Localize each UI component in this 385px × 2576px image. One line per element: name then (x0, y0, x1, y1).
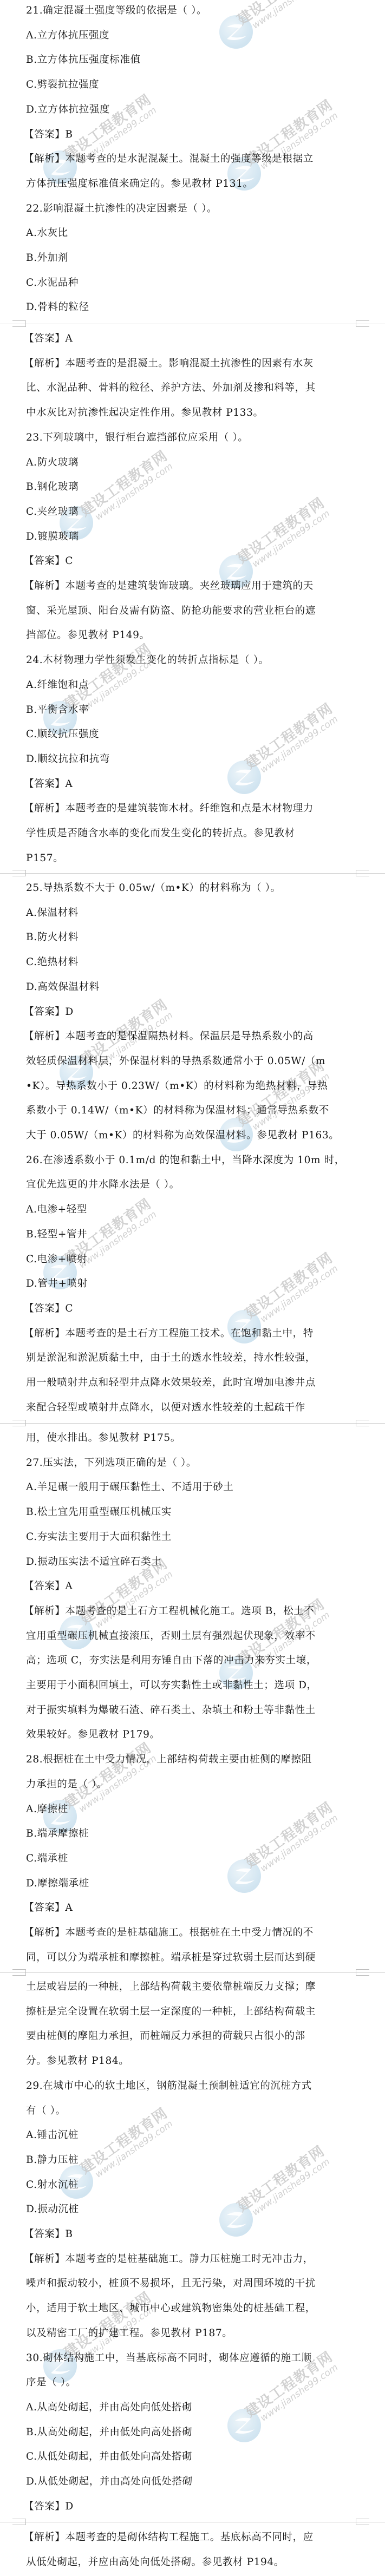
question-stem: 25.导热系数不大于 0.05w/（m•K）的材料称为（ ）。 (26, 880, 367, 896)
analysis-text: 【解析】本题考查的是土石方工程施工技术。在饱和黏土中，特 (24, 1326, 365, 1342)
answer-key: 【答案】A (24, 331, 365, 347)
answer-option: D.高效保温材料 (26, 979, 367, 995)
answer-option: A.电渗+轻型 (26, 1202, 367, 1218)
analysis-text-continuation: 系数小于 0.14W/（m•K）的材料称为保温材料；通常导热系数不 (26, 1103, 367, 1119)
page-margin-mark-right-icon (356, 870, 369, 876)
document-canvas: 建设工程教育网 www.jianshe99.com 建设工程教育网 www.ji… (0, 0, 385, 2576)
analysis-text-continuation: 比、水泥品种、骨料的粒径、养护方法、外加剂及掺和料等，其 (26, 380, 367, 396)
answer-option: D.振动沉桩 (26, 2201, 367, 2218)
answer-key: 【答案】C (24, 553, 365, 569)
analysis-text-continuation: 中水灰比对抗渗性起决定性作用。参见教材 P133。 (26, 405, 367, 421)
answer-option: D.从低处砌起，并由高处向低处搭砌 (26, 2474, 367, 2490)
answer-option: C.夹丝玻璃 (26, 504, 367, 520)
analysis-text-continuation: 同，可以分为端承桩和摩擦桩。端承桩是穿过软弱土层而达到硬 (26, 1950, 367, 1966)
analysis-text-continuation: 土层或岩层的一种桩，上部结构荷载主要依靠桩端反力支撑；摩 (26, 1979, 367, 1995)
analysis-text-continuation: 擦桩是完全设置在软弱土层一定深度的一种桩，上部结构荷载主 (26, 2004, 367, 2020)
analysis-text-continuation: 分。参见教材 P184。 (26, 2053, 367, 2069)
question-stem: 28.根据桩在土中受力情况，上部结构荷载主要由桩侧的摩擦阻 (26, 1752, 367, 1768)
answer-key: 【答案】B (24, 127, 365, 143)
analysis-text-continuation: 宜用重型碾压机械直接滚压，否则土层有强烈起伏现象，效率不 (26, 1628, 367, 1644)
answer-key: 【答案】B (24, 2226, 365, 2243)
question-stem-continuation: 序是（ ）。 (26, 2375, 367, 2391)
page-margin-mark-right-icon (356, 1420, 369, 1426)
analysis-text-continuation: 别是淤泥和淤泥质黏土中，由于土的透水性较差，持水性较强， (26, 1350, 367, 1366)
answer-option: D.立方体抗拉强度 (26, 102, 367, 118)
page-margin-mark-left-icon (12, 870, 26, 876)
page-margin-mark-left-icon (12, 320, 26, 327)
answer-option: B.防火材料 (26, 929, 367, 946)
answer-option: C.劈裂抗拉强度 (26, 77, 367, 93)
watermark-site-url: www.jianshe99.com (94, 1569, 176, 1630)
analysis-text-continuation: 噪声和振动较小，桩顶不易损坏，且无污染，对周围环境的干扰 (26, 2276, 367, 2292)
page-break-line (0, 324, 385, 324)
question-stem: 30.砌体结构施工中，当基底标高不同时，砌体应遵循的施工顺 (26, 2350, 367, 2367)
analysis-text-continuation: 用，使水排出。参见教材 P175。 (26, 1430, 367, 1446)
answer-option: A.从高处砌起，并由高处向低处搭砌 (26, 2400, 367, 2416)
analysis-text: 【解析】本题考查的是保温隔热材料。保温层是导热系数小的高 (24, 1028, 365, 1045)
page-break-line (0, 1972, 385, 1973)
analysis-text-continuation: 用一般喷射井点和轻型井点降水效果较差，此时宜增加电渗井点 (26, 1375, 367, 1391)
answer-option: A.锤击沉桩 (26, 2127, 367, 2144)
answer-key: 【答案】C (24, 1301, 365, 1317)
analysis-text: 【解析】本题考查的是桩基础施工。静力压桩施工时无冲击力， (24, 2251, 365, 2267)
answer-key: 【答案】A (24, 1900, 365, 1916)
page-break-line (0, 2522, 385, 2522)
page-margin-mark-right-icon (356, 1969, 369, 1976)
page-margin-mark-left-icon (12, 2519, 26, 2525)
analysis-text-continuation: 窗、采光屋顶、阳台及需有防盗、防抢功能要求的营业柜台的遮 (26, 603, 367, 619)
answer-option: A.水灰比 (26, 225, 367, 241)
page-margin-mark-left-icon (12, 1969, 26, 1976)
analysis-text-continuation: 小，适用于软土地区、城市中心或建筑物密集处的桩基础工程， (26, 2300, 367, 2317)
answer-option: C.射水沉桩 (26, 2177, 367, 2193)
question-stem-continuation: 有（ ）。 (26, 2103, 367, 2119)
answer-option: C.电渗+喷射 (26, 1251, 367, 1268)
page-margin-mark-right-icon (356, 320, 369, 327)
analysis-text-continuation: P157。 (26, 850, 367, 867)
answer-option: B.松土宜先用重型碾压机械压实 (26, 1504, 367, 1520)
answer-option: B.外加剂 (26, 250, 367, 266)
analysis-text-continuation: 高；选项 C，夯实法是利用夯锤自由下落的冲击力来夯实土壤， (26, 1653, 367, 1669)
answer-option: D.镀膜玻璃 (26, 529, 367, 545)
question-stem: 29.在城市中心的软土地区，钢筋混凝土预制桩适宜的沉桩方式 (26, 2078, 367, 2094)
answer-option: A.防火玻璃 (26, 455, 367, 471)
answer-option: C.端承桩 (26, 1851, 367, 1867)
question-stem: 26.在渗透系数小于 0.1m/d 的饱和黏土中，当降水深度为 10m 时， (26, 1152, 367, 1169)
analysis-text: 【解析】本题考查的是建筑装饰玻璃。夹丝玻璃应用于建筑的天 (24, 578, 365, 594)
answer-option: B.端承摩擦桩 (26, 1826, 367, 1842)
answer-option: A.羊足碾一般用于碾压黏性土、不适用于砂土 (26, 1479, 367, 1496)
analysis-text-continuation: 效轻质保温材料层，外保温材料的导热系数通常小于 0.05W/（m (26, 1053, 367, 1070)
question-stem: 27.压实法，下列选项正确的是（ ）。 (26, 1455, 367, 1471)
analysis-text: 【解析】本题考查的是桩基础施工。根据桩在土中受力情况的不 (24, 1925, 365, 1941)
answer-option: B.钢化玻璃 (26, 479, 367, 495)
page-margin-mark-right-icon (356, 2519, 369, 2525)
analysis-text-continuation: 学性质是否随含水率的变化而发生变化的转折点。参见教材 (26, 825, 367, 842)
analysis-text: 【解析】本题考查的是砌体结构工程施工。基底标高不同时，应 (24, 2529, 365, 2546)
question-stem-continuation: 力承担的是（ ）。 (26, 1777, 367, 1793)
page-break-line (0, 873, 385, 874)
question-stem: 22.影响混凝土抗渗性的决定因素是（ ）。 (26, 201, 367, 217)
analysis-text: 【解析】本题考查的是混凝土。影响混凝土抗渗性的因素有水灰 (24, 356, 365, 372)
answer-option: D.管井+喷射 (26, 1276, 367, 1292)
answer-option: C.夯实法主要用于大面积黏性土 (26, 1529, 367, 1545)
analysis-text: 【解析】本题考查的是土石方工程机械化施工。选项 B，松土不 (24, 1603, 365, 1620)
analysis-text-continuation: 要由桩侧的摩阻力承担，而桩端反力承担的荷载只占很小的部 (26, 2028, 367, 2044)
answer-option: B.从高处砌起，并由低处向高处搭砌 (26, 2424, 367, 2441)
question-stem-continuation: 宜优先选更的井水降水法是（ ）。 (26, 1177, 367, 1193)
page-margin-mark-left-icon (12, 1420, 26, 1426)
answer-key: 【答案】D (24, 1004, 365, 1020)
answer-option: A.保温材料 (26, 905, 367, 921)
answer-option: B.立方体抗压强度标准值 (26, 52, 367, 68)
question-stem: 24.木材物理力学性须发生变化的转折点指标是（ ）。 (26, 652, 367, 668)
answer-key: 【答案】D (24, 2499, 365, 2515)
question-stem: 21.确定混凝土强度等级的依据是（ ）。 (26, 3, 367, 19)
answer-option: D.顺纹抗拉和抗弯 (26, 751, 367, 768)
answer-option: A.摩擦桩 (26, 1801, 367, 1818)
answer-option: C.绝热材料 (26, 954, 367, 971)
answer-option: A.立方体抗压强度 (26, 28, 367, 44)
analysis-text-continuation: 主要用于小面积回填土，可以夯实黏性土或非黏性土；选项 D， (26, 1677, 367, 1694)
answer-option: C.水泥品种 (26, 275, 367, 291)
analysis-text-continuation: 来配合轻型或喷射井点降水，以便对透水性较差的土起疏干作 (26, 1400, 367, 1416)
answer-option: B.静力压桩 (26, 2152, 367, 2168)
answer-option: D.骨料的粒径 (26, 299, 367, 316)
watermark-text: 建设工程教育网 www.jianshe99.com (235, 1058, 333, 1137)
answer-option: B.平衡含水率 (26, 702, 367, 718)
analysis-text-continuation: 挡部位。参见教材 P149。 (26, 627, 367, 644)
analysis-text-continuation: 方体抗压强度标准值来确定的。参见教材 P131。 (26, 176, 367, 192)
analysis-text-continuation: 以及精密工厂的扩建工程。参见教材 P187。 (26, 2325, 367, 2342)
answer-option: D.振动压实法不适宜碎石类土 (26, 1554, 367, 1570)
page-break-line (0, 1423, 385, 1424)
analysis-text-continuation: 对于振实填料为爆破石渣、碎石类土、杂填土和粉土等非黏性土 (26, 1702, 367, 1719)
question-stem: 23.下列玻璃中，银行柜台遮挡部位应采用（ ）。 (26, 430, 367, 446)
answer-option: B.轻型+管井 (26, 1227, 367, 1243)
analysis-text-continuation: 效果较好。参见教材 P179。 (26, 1727, 367, 1743)
answer-option: C.顺纹抗压强度 (26, 726, 367, 743)
analysis-text-continuation: 从低处砌起，并应由高处向低处搭砌。参见教材 P194。 (26, 2554, 367, 2571)
analysis-text: 【解析】本题考查的是水泥混凝土。混凝土的强度等级是根据立 (24, 151, 365, 167)
answer-option: C.从低处砌起，并由低处向高处搭砌 (26, 2449, 367, 2465)
answer-key: 【答案】A (24, 776, 365, 792)
analysis-text: 【解析】本题考查的是建筑装饰木材。纤维饱和点是木材物理力 (24, 801, 365, 817)
analysis-text-continuation: 大于 0.05W/（m•K）的材料称为高效保温材料。参见教材 P163。 (26, 1128, 367, 1144)
answer-option: D.摩擦端承桩 (26, 1876, 367, 1892)
answer-option: A.纤维饱和点 (26, 677, 367, 693)
analysis-text-continuation: •K）。导热系数小于 0.23W/（m•K）的材料称为绝热材料，导热 (26, 1078, 367, 1094)
answer-key: 【答案】A (24, 1578, 365, 1595)
